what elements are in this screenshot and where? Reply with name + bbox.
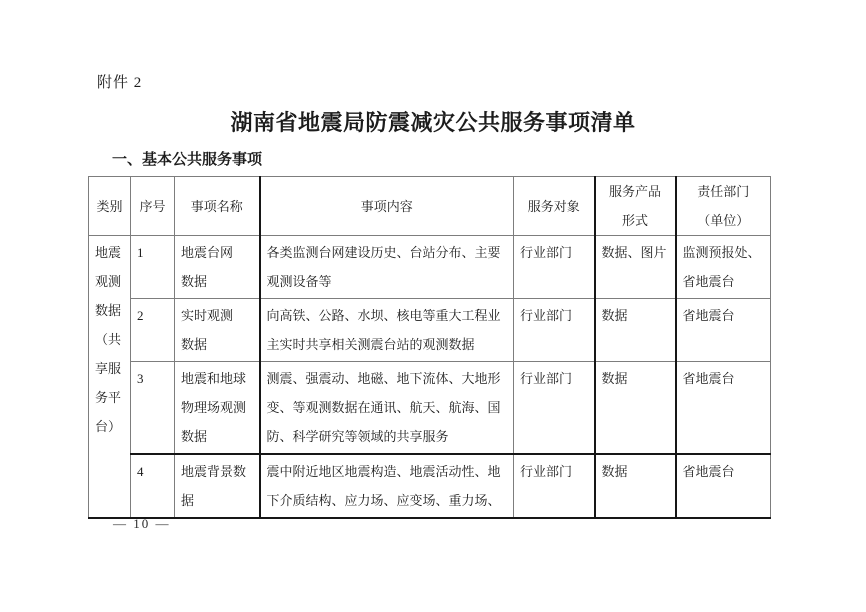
item-content-cell: 各类监测台网建设历史、台站分布、主要 观测设备等: [260, 236, 514, 299]
item-content-cell: 测震、强震动、地磁、地下流体、大地形 变、等观测数据在通讯、航天、航海、国 防、…: [260, 362, 514, 455]
section-heading: 一、基本公共服务事项: [112, 148, 262, 169]
item-name-cell: 地震台网 数据: [175, 236, 260, 299]
product-form-cell: 数据: [595, 362, 676, 455]
document-page: 附件 2 湖南省地震局防震减灾公共服务事项清单 一、基本公共服务事项 类别 序号…: [0, 0, 866, 612]
department-cell: 监测预报处、 省地震台: [676, 236, 771, 299]
department-cell: 省地震台: [676, 299, 771, 362]
item-content-cell: 震中附近地区地震构造、地震活动性、地 下介质结构、应力场、应变场、重力场、: [260, 454, 514, 518]
serial-cell: 1: [131, 236, 175, 299]
header-cell-category: 类别: [89, 177, 131, 236]
services-table: 类别 序号 事项名称 事项内容 服务对象 服务产品 形式 责任部门 （单位） 地…: [88, 176, 771, 519]
header-cell-service-target: 服务对象: [514, 177, 595, 236]
header-cell-item-name: 事项名称: [175, 177, 260, 236]
category-merged-cell: 地震 观测 数据 （共 享服 务平 台）: [89, 236, 131, 519]
page-number: — 10 —: [113, 516, 171, 532]
item-name-cell: 实时观测 数据: [175, 299, 260, 362]
serial-cell: 4: [131, 454, 175, 518]
service-target-cell: 行业部门: [514, 454, 595, 518]
item-content-cell: 向高铁、公路、水坝、核电等重大工程业 主实时共享相关测震台站的观测数据: [260, 299, 514, 362]
service-target-cell: 行业部门: [514, 299, 595, 362]
department-cell: 省地震台: [676, 454, 771, 518]
attachment-label: 附件 2: [97, 71, 142, 92]
header-cell-serial: 序号: [131, 177, 175, 236]
product-form-cell: 数据: [595, 299, 676, 362]
table-header-row: 类别 序号 事项名称 事项内容 服务对象 服务产品 形式 责任部门 （单位）: [89, 177, 771, 236]
department-cell: 省地震台: [676, 362, 771, 455]
service-target-cell: 行业部门: [514, 362, 595, 455]
service-target-cell: 行业部门: [514, 236, 595, 299]
header-cell-product-form: 服务产品 形式: [595, 177, 676, 236]
table-row: 2 实时观测 数据 向高铁、公路、水坝、核电等重大工程业 主实时共享相关测震台站…: [89, 299, 771, 362]
header-cell-department: 责任部门 （单位）: [676, 177, 771, 236]
product-form-cell: 数据: [595, 454, 676, 518]
serial-cell: 3: [131, 362, 175, 455]
header-cell-item-content: 事项内容: [260, 177, 514, 236]
product-form-cell: 数据、图片: [595, 236, 676, 299]
document-title: 湖南省地震局防震减灾公共服务事项清单: [0, 106, 866, 137]
table-row: 4 地震背景数 据 震中附近地区地震构造、地震活动性、地 下介质结构、应力场、应…: [89, 454, 771, 518]
table-row: 地震 观测 数据 （共 享服 务平 台） 1 地震台网 数据 各类监测台网建设历…: [89, 236, 771, 299]
item-name-cell: 地震背景数 据: [175, 454, 260, 518]
table-row: 3 地震和地球 物理场观测 数据 测震、强震动、地磁、地下流体、大地形 变、等观…: [89, 362, 771, 455]
item-name-cell: 地震和地球 物理场观测 数据: [175, 362, 260, 455]
serial-cell: 2: [131, 299, 175, 362]
